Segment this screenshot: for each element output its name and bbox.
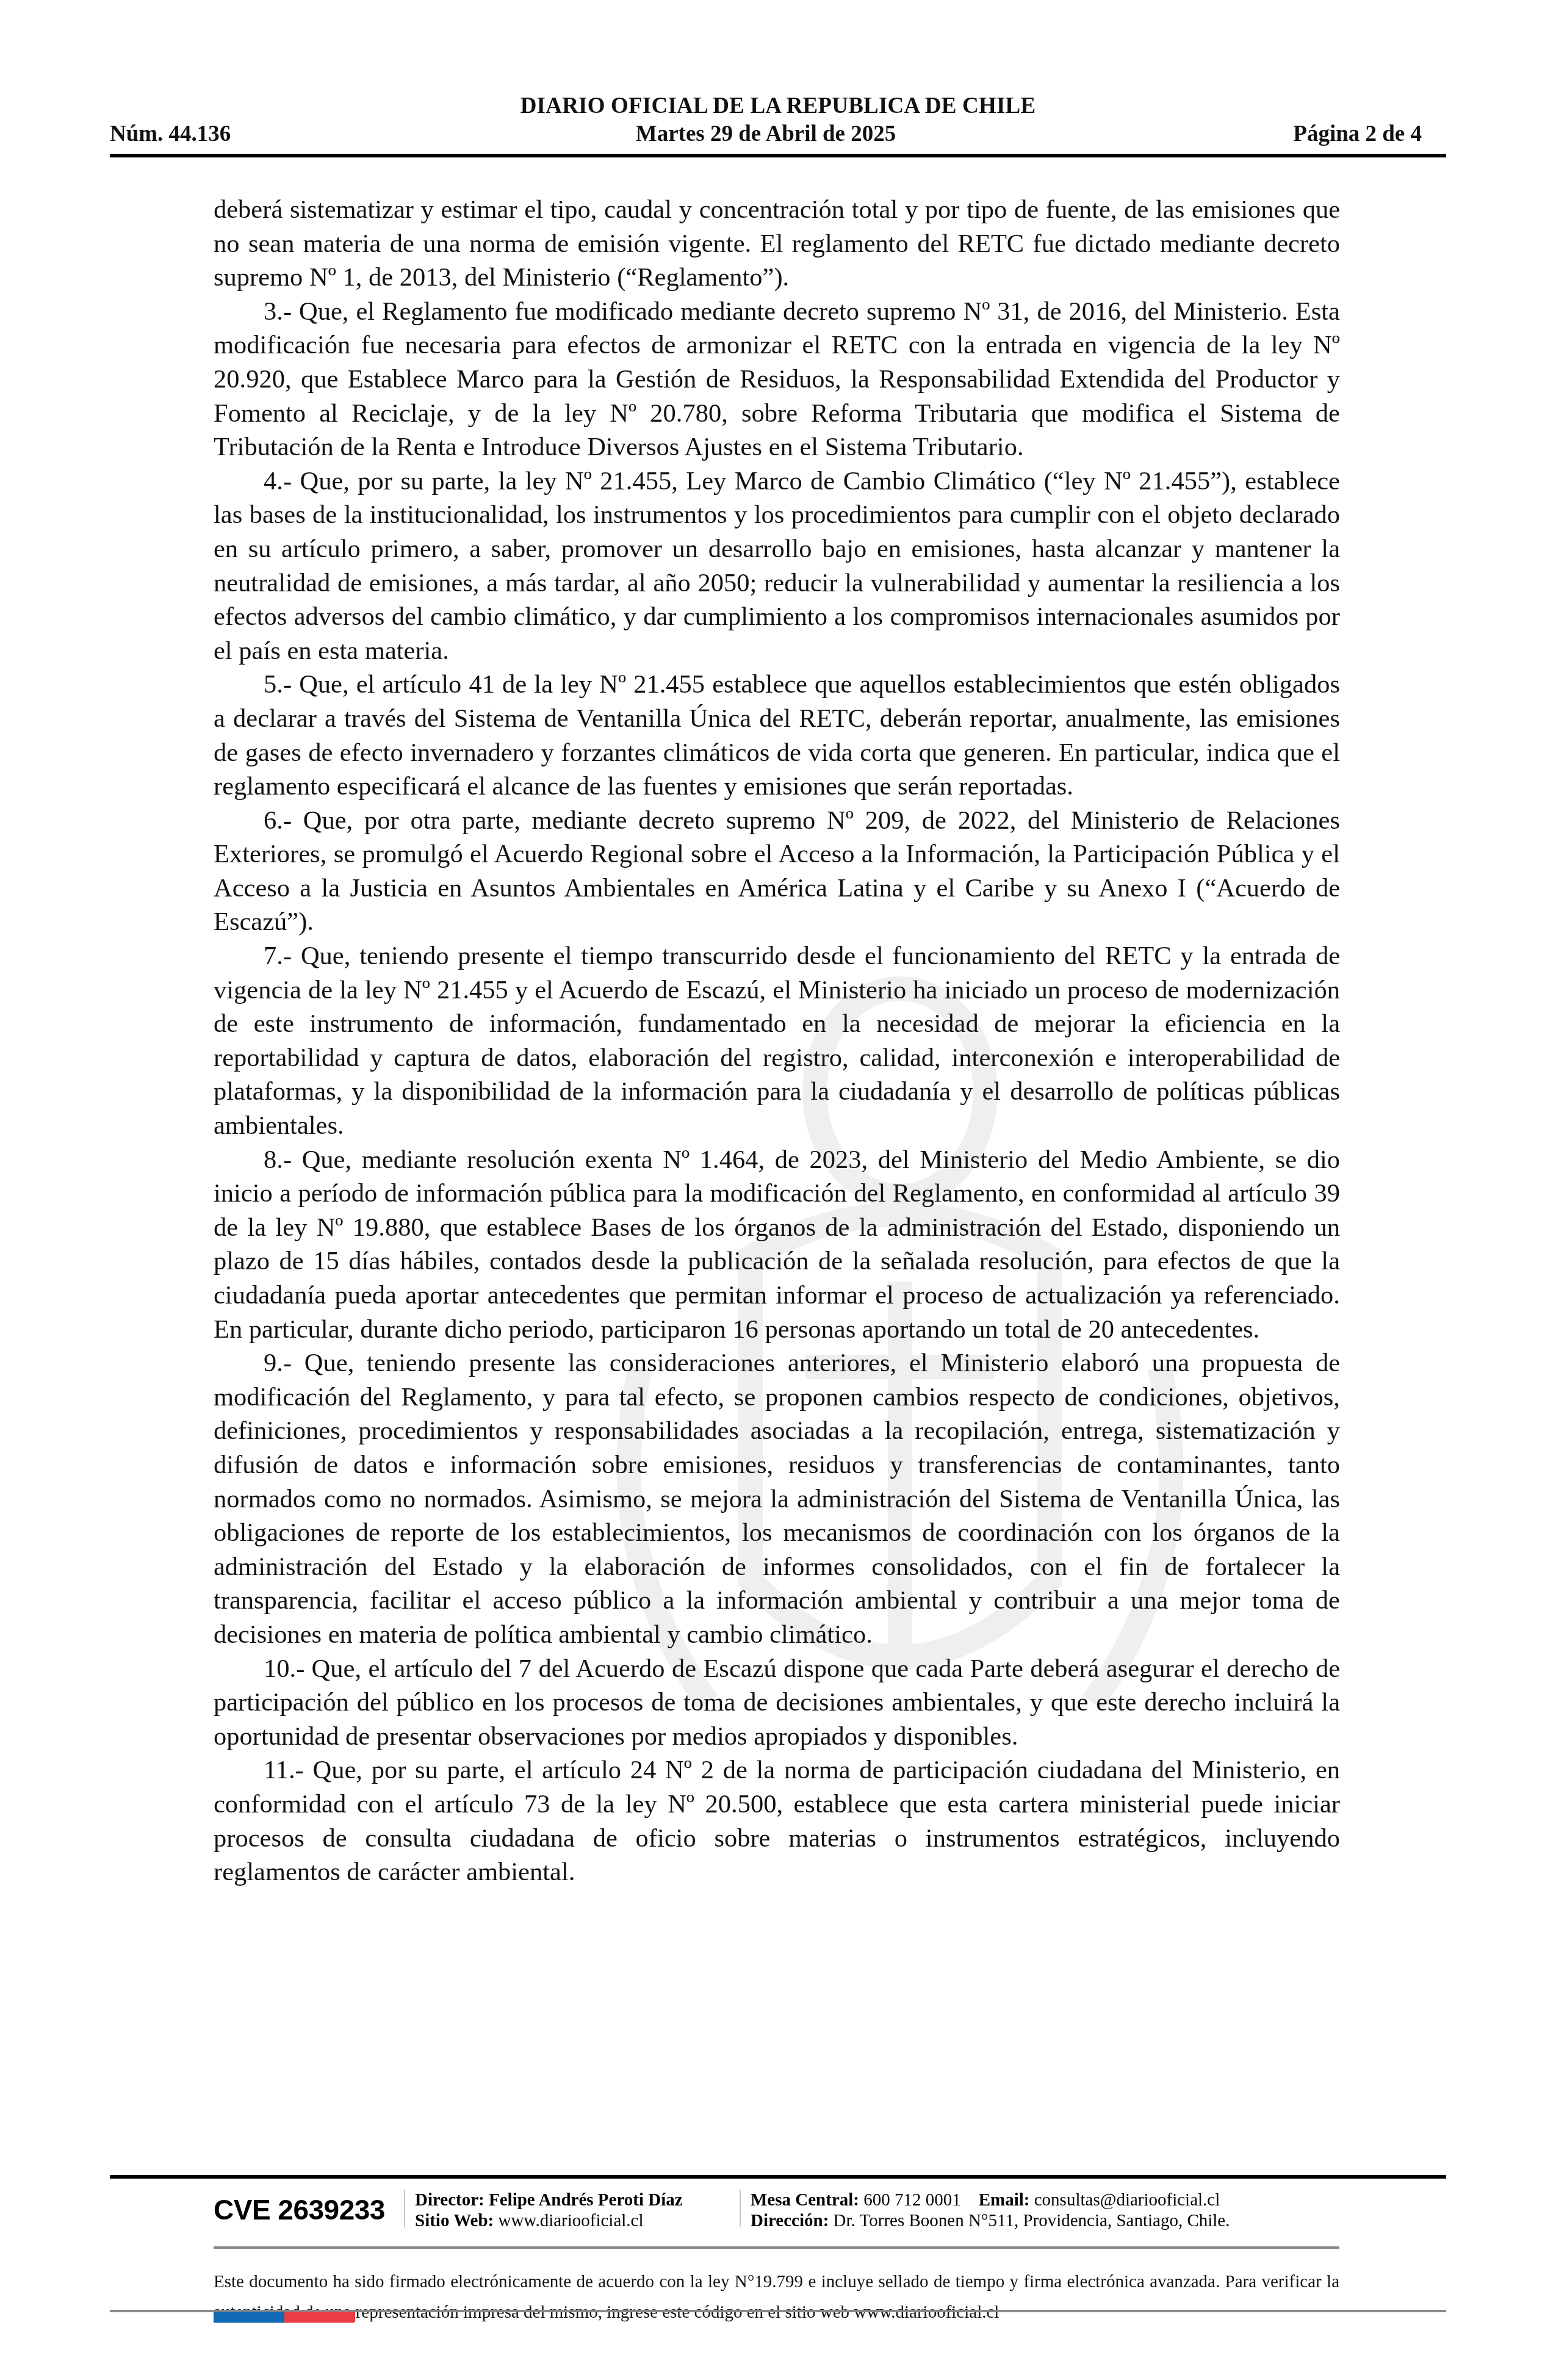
email-label: Email: [979,2190,1030,2210]
footer-info: CVE 2639233 Director: Felipe Andrés Pero… [214,2190,1342,2232]
cve-code: CVE 2639233 [214,2193,385,2226]
document-body: deberá sistematizar y estimar el tipo, c… [214,193,1340,1889]
paragraph-4: 4.- Que, por su parte, la ley Nº 21.455,… [214,464,1340,668]
footer-separator [404,2190,405,2227]
address-label: Dirección: [751,2211,829,2230]
website-label: Sitio Web: [415,2211,494,2230]
issue-date: Martes 29 de Abril de 2025 [110,121,1422,147]
footer-divider [110,2175,1446,2179]
paragraph-8: 8.- Que, mediante resolución exenta Nº 1… [214,1143,1340,1347]
flag-stripe-blue [214,2312,284,2323]
footer-director-block: Director: Felipe Andrés Peroti Díaz Siti… [415,2190,683,2231]
director-label: Director: [415,2190,484,2210]
website-link[interactable]: www.diariooficial.cl [498,2211,643,2230]
flag-stripe-red [284,2312,355,2323]
page-indicator: Página 2 de 4 [1293,121,1422,147]
paragraph-continuation: deberá sistematizar y estimar el tipo, c… [214,193,1340,295]
header-divider [110,154,1446,157]
footer-separator [740,2190,741,2227]
paragraph-7: 7.- Que, teniendo presente el tiempo tra… [214,939,1340,1143]
phone-number: 600 712 0001 [863,2190,961,2210]
email-link[interactable]: consultas@diariooficial.cl [1034,2190,1220,2210]
address-value: Dr. Torres Boonen N°511, Providencia, Sa… [834,2211,1230,2230]
signature-note: Este documento ha sido firmado electróni… [214,2266,1339,2328]
footer-gray-divider [214,2246,1339,2249]
paragraph-5: 5.- Que, el artículo 41 de la ley Nº 21.… [214,668,1340,803]
director-name: Felipe Andrés Peroti Díaz [489,2190,683,2210]
header-row: Núm. 44.136 Martes 29 de Abril de 2025 P… [110,121,1422,148]
paragraph-6: 6.- Que, por otra parte, mediante decret… [214,804,1340,939]
paragraph-11: 11.- Que, por su parte, el artículo 24 N… [214,1753,1340,1889]
footer-contact-block: Mesa Central: 600 712 0001 Email: consul… [751,2190,1230,2231]
phone-label: Mesa Central: [751,2190,859,2210]
paragraph-3: 3.- Que, el Reglamento fue modificado me… [214,295,1340,464]
paragraph-10: 10.- Que, el artículo del 7 del Acuerdo … [214,1652,1340,1754]
paragraph-9: 9.- Que, teniendo presente las considera… [214,1346,1340,1651]
newspaper-title: DIARIO OFICIAL DE LA REPUBLICA DE CHILE [0,93,1556,119]
